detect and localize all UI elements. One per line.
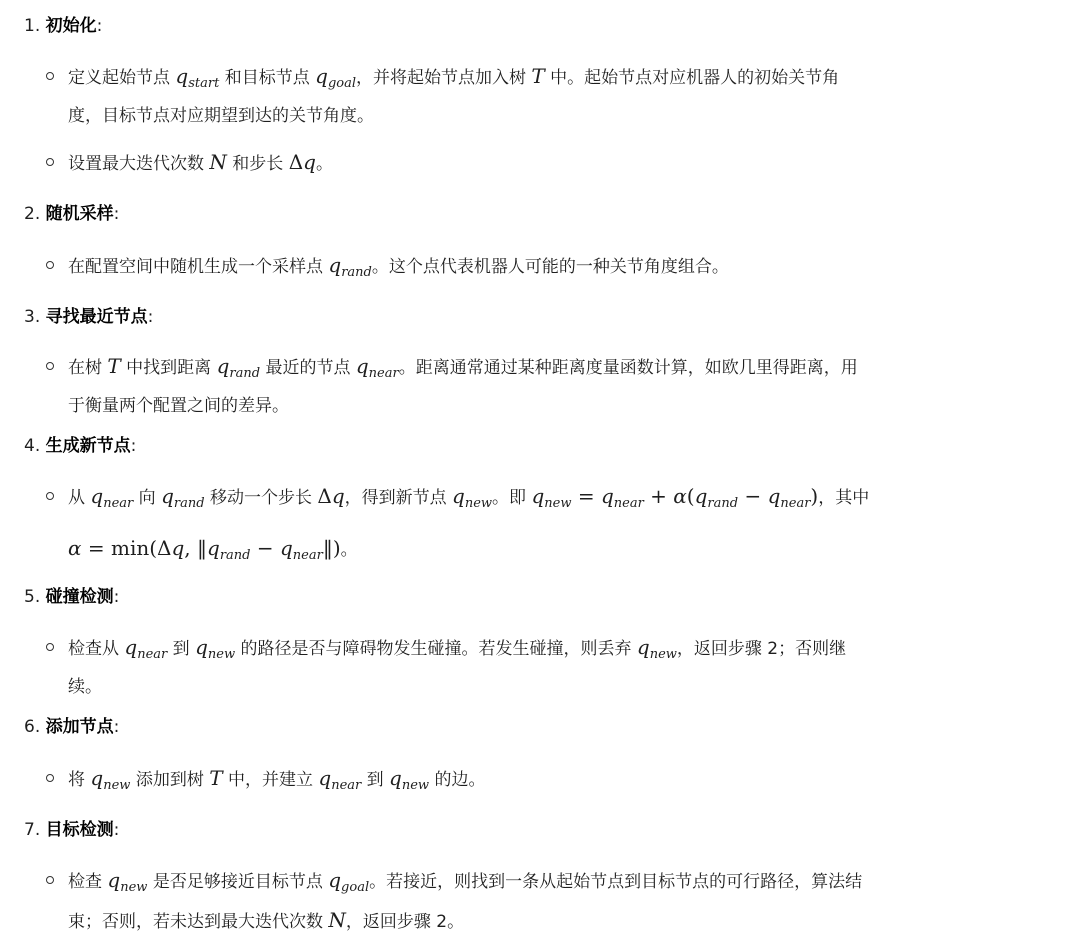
bullet-text-line: α = min(Δq, ‖qrand − qnear‖)。 bbox=[68, 536, 358, 562]
hollow-circle-bullet-icon bbox=[46, 492, 54, 500]
step-number: 4. bbox=[24, 436, 46, 456]
math-subscript: new bbox=[465, 496, 492, 511]
math-symbol: qnew bbox=[107, 868, 147, 892]
math-subscript: start bbox=[188, 76, 219, 91]
step-title: 目标检测 bbox=[46, 820, 114, 840]
math-symbol: N bbox=[209, 150, 227, 174]
step-number: 7. bbox=[24, 820, 46, 840]
math-subscript: new bbox=[650, 647, 677, 662]
math-subscript: near bbox=[103, 496, 133, 511]
math-subscript: near bbox=[369, 366, 399, 381]
math-symbol: qnew bbox=[90, 766, 130, 790]
math-symbol: α bbox=[68, 536, 82, 560]
step-colon: : bbox=[114, 204, 120, 224]
step-colon: : bbox=[114, 820, 120, 840]
math-symbol: qnear bbox=[356, 354, 399, 378]
hollow-circle-bullet-icon bbox=[46, 362, 54, 370]
math-subscript: rand bbox=[341, 265, 372, 280]
math-symbol: qrand bbox=[207, 536, 250, 560]
math-symbol: qnew bbox=[531, 484, 571, 508]
math-subscript: new bbox=[402, 778, 429, 793]
math-operator: + bbox=[644, 484, 673, 508]
bullet-text-line: 设置最大迭代次数 N 和步长 Δq。 bbox=[68, 150, 333, 176]
math-symbol: q bbox=[171, 536, 184, 560]
step-number: 3. bbox=[24, 307, 46, 327]
bullet-text-line: 度，目标节点对应期望到达的关节角度。 bbox=[68, 104, 374, 128]
math-symbol: qnew bbox=[195, 635, 235, 659]
bullet-text-line: 从 qnear 向 qrand 移动一个步长 Δq，得到新节点 qnew。即 q… bbox=[68, 484, 869, 510]
math-symbol: N bbox=[328, 908, 346, 932]
math-subscript: near bbox=[331, 778, 361, 793]
bullet-text-line: 于衡量两个配置之间的差异。 bbox=[68, 394, 289, 418]
step-title: 碰撞检测 bbox=[46, 587, 114, 607]
bullet-text-line: 检查 qnew 是否足够接近目标节点 qgoal。若接近，则找到一条从起始节点到… bbox=[68, 868, 862, 894]
step-number: 2. bbox=[24, 204, 46, 224]
bullet-text-line: 检查从 qnear 到 qnew 的路径是否与障碍物发生碰撞。若发生碰撞，则丢弃… bbox=[68, 635, 846, 661]
bullet-text-line: 将 qnew 添加到树 T 中，并建立 qnear 到 qnew 的边。 bbox=[68, 766, 485, 792]
step-number: 1. bbox=[24, 16, 46, 36]
bullet-text-line: 定义起始节点 qstart 和目标节点 qgoal，并将起始节点加入树 T 中。… bbox=[68, 64, 839, 90]
math-symbol: T bbox=[531, 64, 544, 88]
math-symbol: qrand bbox=[161, 484, 204, 508]
math-subscript: rand bbox=[707, 496, 738, 511]
math-symbol: qnew bbox=[389, 766, 429, 790]
bullet-text-line: 在配置空间中随机生成一个采样点 qrand。这个点代表机器人可能的一种关节角度组… bbox=[68, 253, 729, 279]
math-symbol: qrand bbox=[695, 484, 738, 508]
math-symbol: qgoal bbox=[328, 868, 369, 892]
step-title: 寻找最近节点 bbox=[46, 307, 148, 327]
step-title: 随机采样 bbox=[46, 204, 114, 224]
step-heading: 4. 生成新节点: bbox=[24, 434, 136, 458]
step-heading: 1. 初始化: bbox=[24, 14, 102, 38]
hollow-circle-bullet-icon bbox=[46, 72, 54, 80]
math-symbol: qrand bbox=[328, 253, 371, 277]
step-heading: 6. 添加节点: bbox=[24, 715, 119, 739]
bullet-text-line: 在树 T 中找到距离 qrand 最近的节点 qnear。距离通常通过某种距离度… bbox=[68, 354, 858, 380]
step-colon: : bbox=[131, 436, 137, 456]
math-subscript: rand bbox=[220, 548, 251, 563]
math-operator: = min(Δ bbox=[82, 536, 172, 560]
math-symbol: qgoal bbox=[315, 64, 356, 88]
bullet-text-line: 续。 bbox=[68, 675, 102, 699]
step-title: 添加节点 bbox=[46, 717, 114, 737]
math-symbol: q bbox=[303, 150, 316, 174]
rrt-algorithm-steps-document: 1. 初始化:定义起始节点 qstart 和目标节点 qgoal，并将起始节点加… bbox=[0, 0, 1069, 937]
math-operator: Δ bbox=[289, 150, 303, 174]
math-operator: − bbox=[738, 484, 767, 508]
hollow-circle-bullet-icon bbox=[46, 158, 54, 166]
step-heading: 5. 碰撞检测: bbox=[24, 585, 119, 609]
step-number: 6. bbox=[24, 717, 46, 737]
math-subscript: goal bbox=[328, 76, 356, 91]
hollow-circle-bullet-icon bbox=[46, 876, 54, 884]
math-subscript: rand bbox=[229, 366, 260, 381]
step-number: 5. bbox=[24, 587, 46, 607]
math-operator: Δ bbox=[317, 484, 331, 508]
math-symbol: T bbox=[107, 354, 120, 378]
math-symbol: qstart bbox=[175, 64, 219, 88]
math-symbol: qnew bbox=[452, 484, 492, 508]
math-symbol: qrand bbox=[217, 354, 260, 378]
math-symbol: qnew bbox=[637, 635, 677, 659]
math-subscript: goal bbox=[341, 880, 369, 895]
math-subscript: near bbox=[780, 496, 810, 511]
math-operator: ‖) bbox=[323, 536, 341, 560]
math-symbol: α bbox=[673, 484, 687, 508]
math-subscript: near bbox=[614, 496, 644, 511]
step-colon: : bbox=[114, 717, 120, 737]
math-subscript: near bbox=[137, 647, 167, 662]
math-subscript: new bbox=[120, 880, 147, 895]
math-symbol: qnear bbox=[90, 484, 133, 508]
hollow-circle-bullet-icon bbox=[46, 774, 54, 782]
step-heading: 3. 寻找最近节点: bbox=[24, 305, 153, 329]
math-subscript: near bbox=[293, 548, 323, 563]
hollow-circle-bullet-icon bbox=[46, 643, 54, 651]
bullet-text-line: 束；否则，若未达到最大迭代次数 N，返回步骤 2。 bbox=[68, 908, 464, 934]
step-colon: : bbox=[148, 307, 154, 327]
math-operator: = bbox=[571, 484, 600, 508]
math-symbol: qnear bbox=[318, 766, 361, 790]
math-symbol: qnear bbox=[768, 484, 811, 508]
math-subscript: new bbox=[208, 647, 235, 662]
math-subscript: new bbox=[544, 496, 571, 511]
math-subscript: new bbox=[103, 778, 130, 793]
step-title: 初始化 bbox=[46, 16, 97, 36]
math-symbol: qnear bbox=[601, 484, 644, 508]
math-symbol: q bbox=[332, 484, 345, 508]
math-subscript: rand bbox=[174, 496, 205, 511]
math-symbol: qnear bbox=[124, 635, 167, 659]
math-operator: ) bbox=[810, 484, 818, 508]
step-heading: 2. 随机采样: bbox=[24, 202, 119, 226]
math-symbol: T bbox=[209, 766, 222, 790]
step-colon: : bbox=[114, 587, 120, 607]
hollow-circle-bullet-icon bbox=[46, 261, 54, 269]
math-operator: , ‖ bbox=[184, 536, 207, 560]
step-heading: 7. 目标检测: bbox=[24, 818, 119, 842]
step-colon: : bbox=[97, 16, 103, 36]
step-title: 生成新节点 bbox=[46, 436, 131, 456]
math-symbol: qnear bbox=[280, 536, 323, 560]
math-operator: ( bbox=[687, 484, 695, 508]
math-operator: − bbox=[251, 536, 280, 560]
